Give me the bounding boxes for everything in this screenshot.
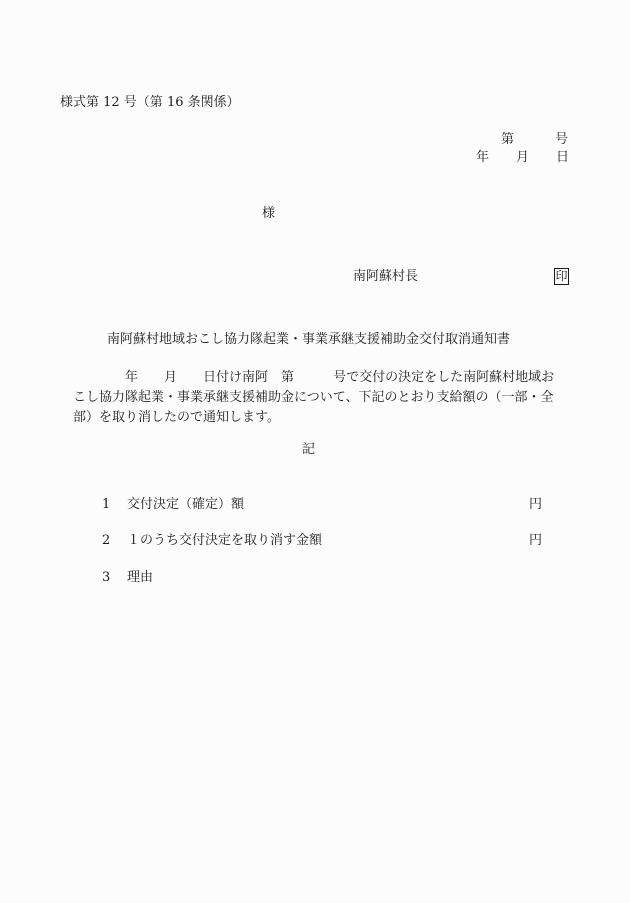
body-line-1-rest: 号で交付の決定をした南阿蘇村地域お (333, 370, 554, 385)
notice-body: 年月日付け南阿第号で交付の決定をした南阿蘇村地域お こし協力隊起業・事業承継支援… (73, 368, 570, 428)
list-item: 1 交付決定（確定）額 円 (0, 498, 630, 514)
item-unit: 円 (529, 498, 542, 511)
issue-date-field: 年 月 日 (0, 151, 630, 167)
date-month-label: 月 (516, 151, 529, 164)
document-number-suffix: 号 (555, 133, 568, 146)
document-number-field: 第 号 (0, 133, 630, 149)
date-year-label: 年 (476, 151, 489, 164)
body-year-label: 年 (125, 370, 138, 385)
item-number: 3 (102, 571, 110, 584)
item-number: 1 (102, 498, 110, 511)
list-item: 3 理由 (0, 571, 630, 587)
seal-stamp-icon: 印 (554, 268, 569, 285)
item-label: 理由 (127, 571, 153, 584)
item-label: １のうち交付決定を取り消す金額 (127, 534, 322, 547)
body-dated-prefix: 日付け南阿 (203, 370, 268, 385)
body-line-3: 部）を取り消したので通知します。 (73, 408, 570, 428)
ki-heading: 記 (302, 443, 315, 456)
item-number: 2 (102, 534, 110, 547)
addressee-honorific: 様 (262, 207, 275, 220)
item-label: 交付決定（確定）額 (127, 498, 244, 511)
document-number-prefix: 第 (501, 133, 514, 146)
body-number-prefix: 第 (281, 370, 294, 385)
form-number: 様式第 12 号（第 16 条関係） (60, 96, 240, 109)
body-line-1: 年月日付け南阿第号で交付の決定をした南阿蘇村地域お (73, 368, 570, 388)
list-item: 2 １のうち交付決定を取り消す金額 円 (0, 534, 630, 550)
document-title: 南阿蘇村地域おこし協力隊起業・事業承継支援補助金交付取消通知書 (107, 333, 510, 346)
body-line-2: こし協力隊起業・事業承継支援補助金について、下記のとおり支給額の（一部・全 (73, 388, 570, 408)
body-month-label: 月 (164, 370, 177, 385)
item-unit: 円 (529, 534, 542, 547)
sender-name: 南阿蘇村長 (353, 270, 418, 283)
date-day-label: 日 (556, 151, 569, 164)
